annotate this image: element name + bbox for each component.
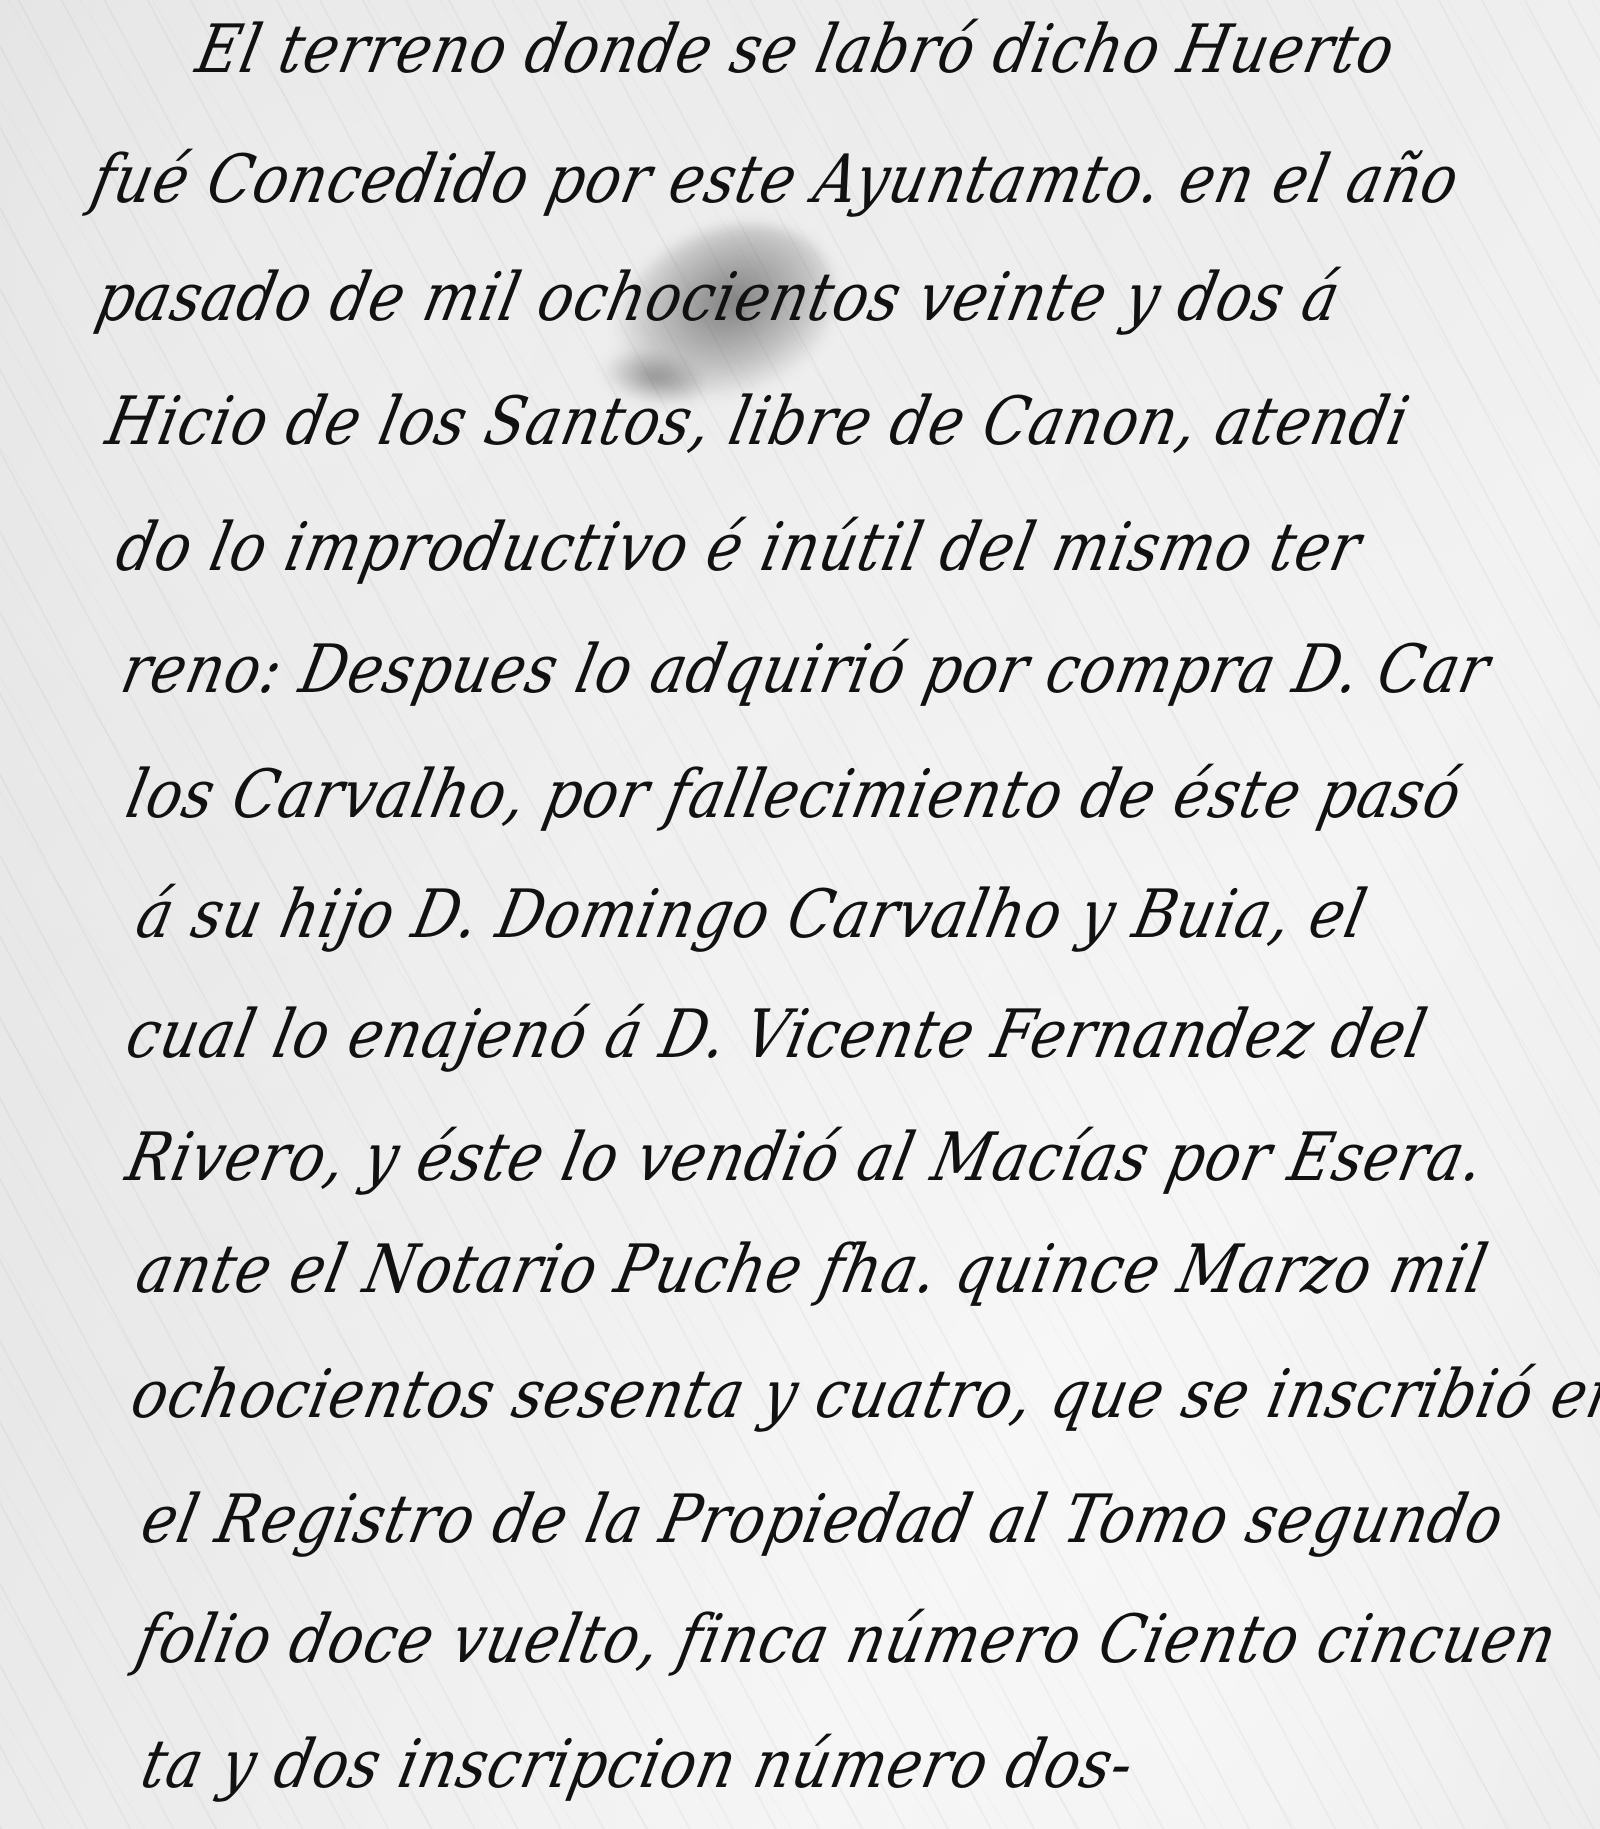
text-line-1: El terreno donde se labró dicho Huerto [190, 10, 1402, 88]
text-line-9: cual lo enajenó á D. Vicente Fernandez d… [120, 995, 1434, 1073]
text-line-10: Rivero, y éste lo vendió al Macías por E… [120, 1118, 1492, 1196]
text-line-2: fué Concedido por este Ayuntamto. en el … [85, 140, 1466, 218]
text-line-4: Hicio de los Santos, libre de Canon, ate… [100, 382, 1417, 460]
text-line-3: pasado de mil ochocientos veinte y dos á [90, 258, 1347, 336]
text-line-6: reno: Despues lo adquirió por compra D. … [115, 630, 1497, 708]
text-line-13: el Registro de la Propiedad al Tomo segu… [135, 1480, 1511, 1558]
text-line-5: do lo improductivo é inútil del mismo te… [110, 508, 1369, 586]
text-line-8: á su hijo D. Domingo Carvalho y Buia, el [130, 875, 1374, 953]
text-line-11: ante el Notario Puche fha. quince Marzo … [130, 1230, 1495, 1308]
text-line-15: ta y dos inscripcion número dos- [135, 1725, 1141, 1803]
text-line-12: ochocientos sesenta y cuatro, que se ins… [125, 1355, 1600, 1433]
text-line-7: los Carvalho, por fallecimiento de éste … [120, 755, 1469, 833]
manuscript-page: El terreno donde se labró dicho Huerto f… [0, 0, 1600, 1829]
text-line-14: folio doce vuelto, finca número Ciento c… [130, 1600, 1564, 1678]
